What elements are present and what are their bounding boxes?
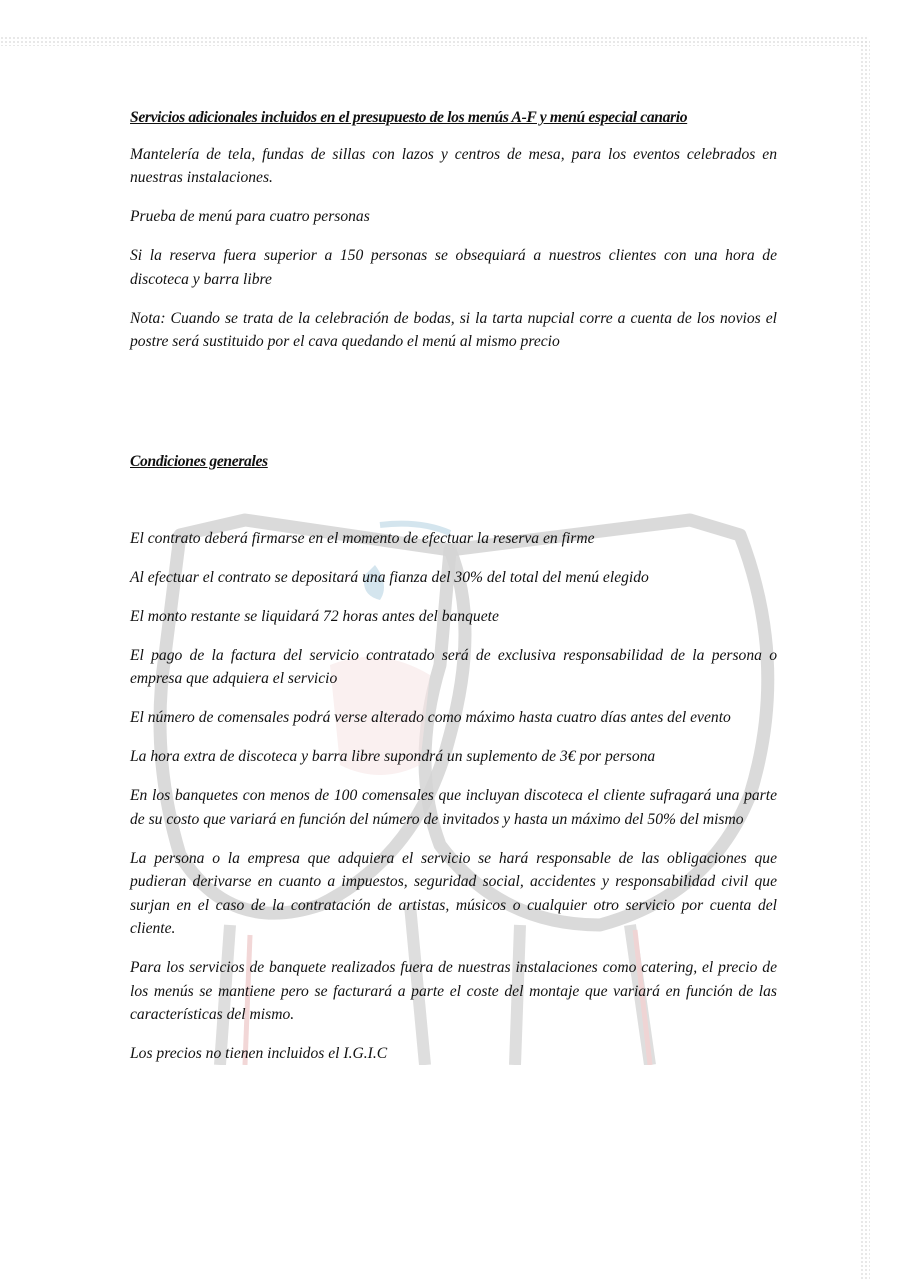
paragraph: Al efectuar el contrato se depositará un… (130, 566, 777, 590)
paragraph: El monto restante se liquidará 72 horas … (130, 605, 777, 629)
paragraph: Prueba de menú para cuatro personas (130, 205, 777, 229)
paragraph: El contrato deberá firmarse en el moment… (130, 527, 777, 551)
paragraph: Si la reserva fuera superior a 150 perso… (130, 244, 777, 291)
paragraph: Nota: Cuando se trata de la celebración … (130, 307, 777, 354)
paragraph: Los precios no tienen incluidos el I.G.I… (130, 1042, 777, 1066)
section-general-conditions: Condiciones generales El contrato deberá… (130, 450, 777, 1081)
paragraph: Mantelería de tela, fundas de sillas con… (130, 143, 777, 190)
paragraph: La hora extra de discoteca y barra libre… (130, 745, 777, 769)
paragraph: El pago de la factura del servicio contr… (130, 644, 777, 691)
section-heading: Condiciones generales (130, 450, 777, 474)
section-heading: Servicios adicionales incluidos en el pr… (130, 106, 777, 130)
section-additional-services: Servicios adicionales incluidos en el pr… (130, 106, 777, 369)
paragraph: La persona o la empresa que adquiera el … (130, 847, 777, 941)
paragraph: Para los servicios de banquete realizado… (130, 956, 777, 1027)
page-border-right (860, 40, 870, 1280)
page-border-top (0, 36, 868, 46)
paragraph: En los banquetes con menos de 100 comens… (130, 784, 777, 831)
paragraph: El número de comensales podrá verse alte… (130, 706, 777, 730)
